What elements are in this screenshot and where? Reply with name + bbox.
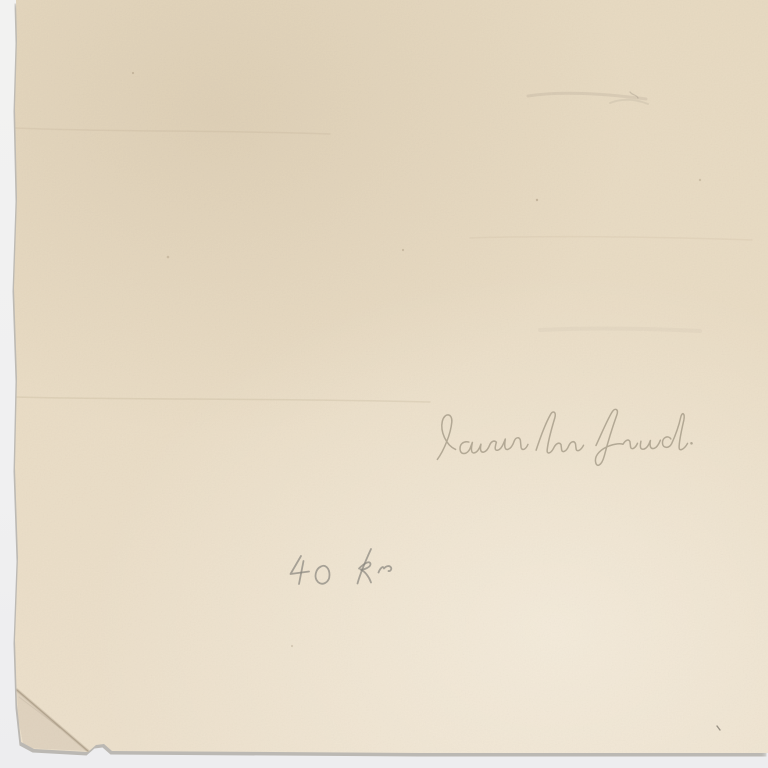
creases-and-marks — [0, 0, 768, 768]
corner-fold-crease — [17, 690, 88, 751]
smudge-marks — [528, 92, 700, 331]
photograph: Barnhufvud. 40 kr — [0, 0, 768, 768]
horizontal-creases — [16, 128, 752, 402]
paper-grain-texture — [0, 0, 768, 768]
handwriting-layer — [0, 0, 768, 768]
paper-sheet: Barnhufvud. 40 kr — [0, 0, 768, 768]
handwritten-inscription — [436, 407, 693, 470]
handwritten-price — [291, 549, 392, 584]
paper-specks — [132, 72, 720, 730]
